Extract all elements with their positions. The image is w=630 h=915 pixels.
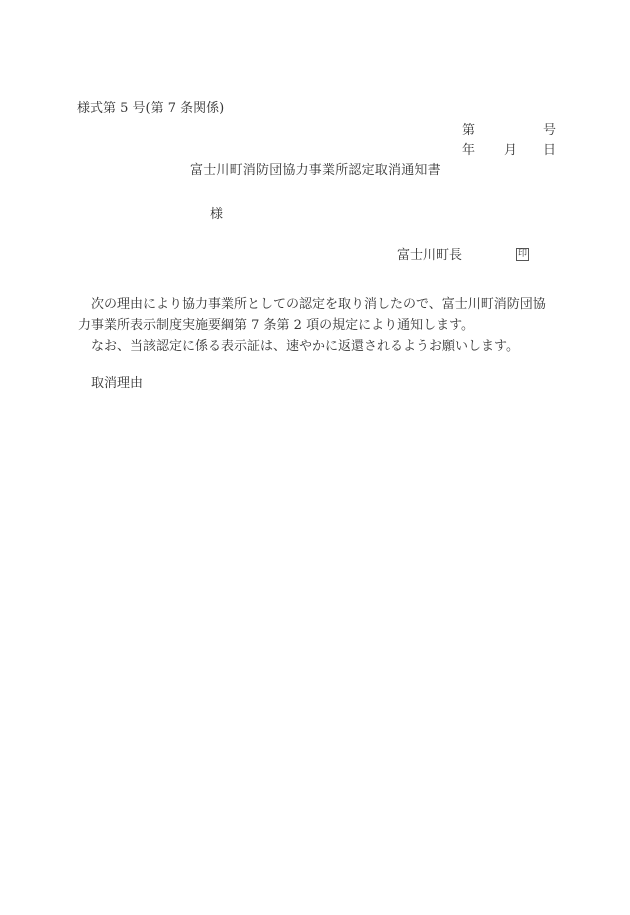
doc-number-suffix: 号 — [543, 124, 556, 137]
doc-number-prefix: 第 — [462, 124, 475, 137]
body-line-1: 次の理由により協力事業所としての認定を取り消したので、富士川町消防団協 — [78, 294, 554, 315]
document-title: 富士川町消防団協力事業所認定取消通知書 — [190, 164, 441, 177]
date-month-label: 月 — [504, 144, 517, 157]
date-day-label: 日 — [543, 144, 556, 157]
addressee-suffix: 様 — [210, 208, 223, 221]
form-number: 様式第 5 号(第 7 条関係) — [77, 102, 224, 115]
notice-body: 次の理由により協力事業所としての認定を取り消したので、富士川町消防団協 力事業所… — [78, 294, 554, 357]
body-line-3: なお、当該認定に係る表示証は、速やかに返還されるようお願いします。 — [78, 336, 554, 357]
seal-icon: 印 — [516, 248, 529, 261]
issuer-name: 富士川町長 — [397, 249, 462, 262]
body-line-2: 力事業所表示制度実施要綱第 7 条第 2 項の規定により通知します。 — [78, 315, 554, 336]
date-year-label: 年 — [462, 144, 475, 157]
reason-heading: 取消理由 — [91, 377, 143, 390]
